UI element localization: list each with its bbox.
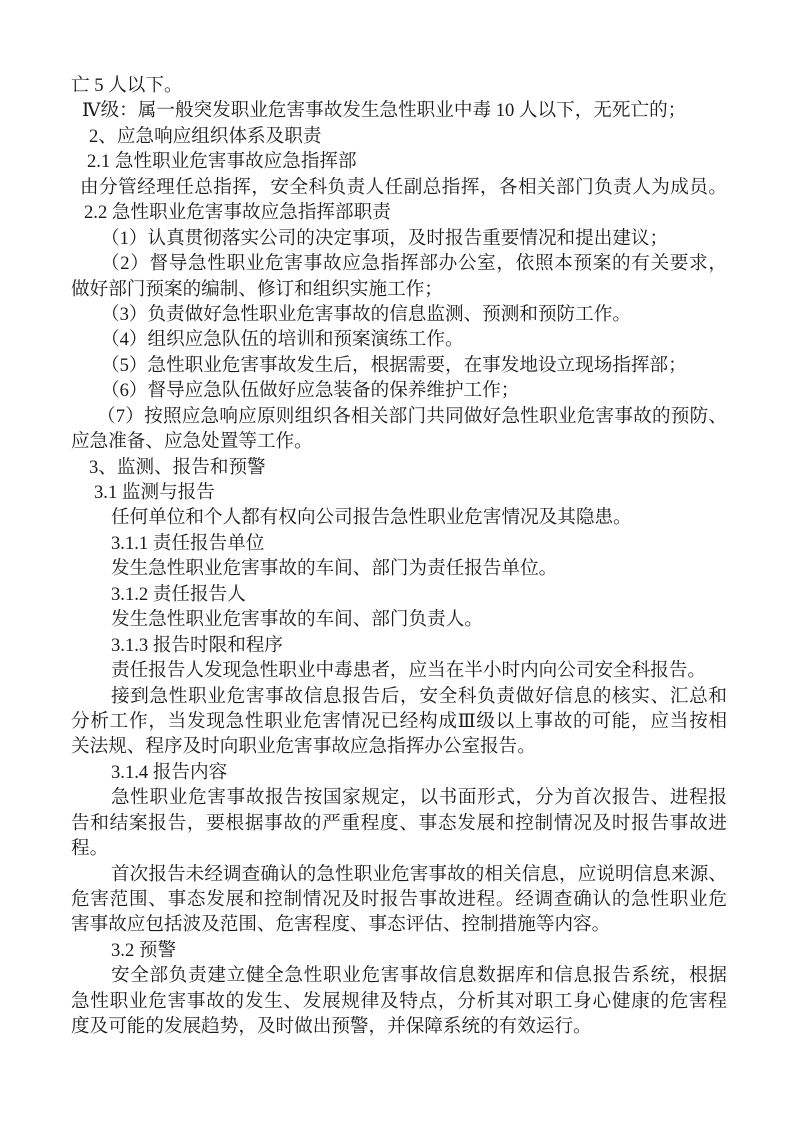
text-line: 分析工作，当发现急性职业危害情况已经构成Ⅲ级以上事故的可能，应当按相 [71, 709, 727, 734]
text-line: 发生急性职业危害事故的车间、部门为责任报告单位。 [71, 556, 727, 581]
heading-line: 3.1.1 责任报告单位 [71, 531, 727, 556]
list-item: （5）急性职业危害事故发生后，根据需要，在事发地设立现场指挥部； [71, 353, 727, 378]
text-line: Ⅳ级：属一般突发职业危害事故发生急性职业中毒 10 人以下，无死亡的； [71, 98, 727, 123]
list-item: （7）按照应急响应原则组织各相关部门共同做好急性职业危害事故的预防、 [71, 404, 727, 429]
text-line: 首次报告未经调查确认的急性职业危害事故的相关信息，应说明信息来源、 [71, 862, 727, 887]
text-line: 安全部负责建立健全急性职业危害事故信息数据库和信息报告系统，根据 [71, 963, 727, 988]
text-line: 责任报告人发现急性职业中毒患者，应当在半小时内向公司安全科报告。 [71, 658, 727, 683]
heading-line: 2.2 急性职业危害事故应急指挥部职责 [71, 200, 727, 225]
text-line: 发生急性职业危害事故的车间、部门负责人。 [71, 607, 727, 632]
text-line: 程。 [71, 836, 727, 861]
heading-line: 2、应急响应组织体系及职责 [71, 124, 727, 149]
text-line: 应急准备、应急处置等工作。 [71, 429, 727, 454]
heading-line: 2.1 急性职业危害事故应急指挥部 [71, 149, 727, 174]
list-item: （3）负责做好急性职业危害事故的信息监测、预测和预防工作。 [71, 302, 727, 327]
text-line: 接到急性职业危害事故信息报告后，安全科负责做好信息的核实、汇总和 [71, 684, 727, 709]
heading-line: 3.1.3 报告时限和程序 [71, 633, 727, 658]
text-line: 由分管经理任总指挥，安全科负责人任副总指挥，各相关部门负责人为成员。 [71, 175, 727, 200]
text-line: 度及可能的发展趋势，及时做出预警，并保障系统的有效运行。 [71, 1014, 727, 1039]
text-line: 急性职业危害事故报告按国家规定，以书面形式，分为首次报告、进程报 [71, 785, 727, 810]
text-line: 告和结案报告，要根据事故的严重程度、事态发展和控制情况及时报告事故进 [71, 811, 727, 836]
text-line: 关法规、程序及时向职业危害事故应急指挥办公室报告。 [71, 734, 727, 759]
heading-line: 3.1.4 报告内容 [71, 760, 727, 785]
list-item: （1）认真贯彻落实公司的决定事项，及时报告重要情况和提出建议； [71, 226, 727, 251]
heading-line: 3.1 监测与报告 [71, 480, 727, 505]
heading-line: 3、监测、报告和预警 [71, 455, 727, 480]
text-line: 做好部门预案的编制、修订和组织实施工作； [71, 277, 727, 302]
text-line: 害事故应包括波及范围、危害程度、事态评估、控制措施等内容。 [71, 912, 727, 937]
list-item: （4）组织应急队伍的培训和预案演练工作。 [71, 327, 727, 352]
text-line: 亡 5 人以下。 [71, 73, 727, 98]
document-text-block: 亡 5 人以下。 Ⅳ级：属一般突发职业危害事故发生急性职业中毒 10 人以下，无… [71, 73, 727, 1040]
heading-line: 3.2 预警 [71, 938, 727, 963]
list-item: （2）督导急性职业危害事故应急指挥部办公室，依照本预案的有关要求， [71, 251, 727, 276]
list-item: （6）督导应急队伍做好应急装备的保养维护工作； [71, 378, 727, 403]
document-page: 亡 5 人以下。 Ⅳ级：属一般突发职业危害事故发生急性职业中毒 10 人以下，无… [0, 0, 793, 1122]
text-line: 任何单位和个人都有权向公司报告急性职业危害情况及其隐患。 [71, 505, 727, 530]
heading-line: 3.1.2 责任报告人 [71, 582, 727, 607]
text-line: 急性职业危害事故的发生、发展规律及特点，分析其对职工身心健康的危害程 [71, 989, 727, 1014]
text-line: 危害范围、事态发展和控制情况及时报告事故进程。经调查确认的急性职业危 [71, 887, 727, 912]
